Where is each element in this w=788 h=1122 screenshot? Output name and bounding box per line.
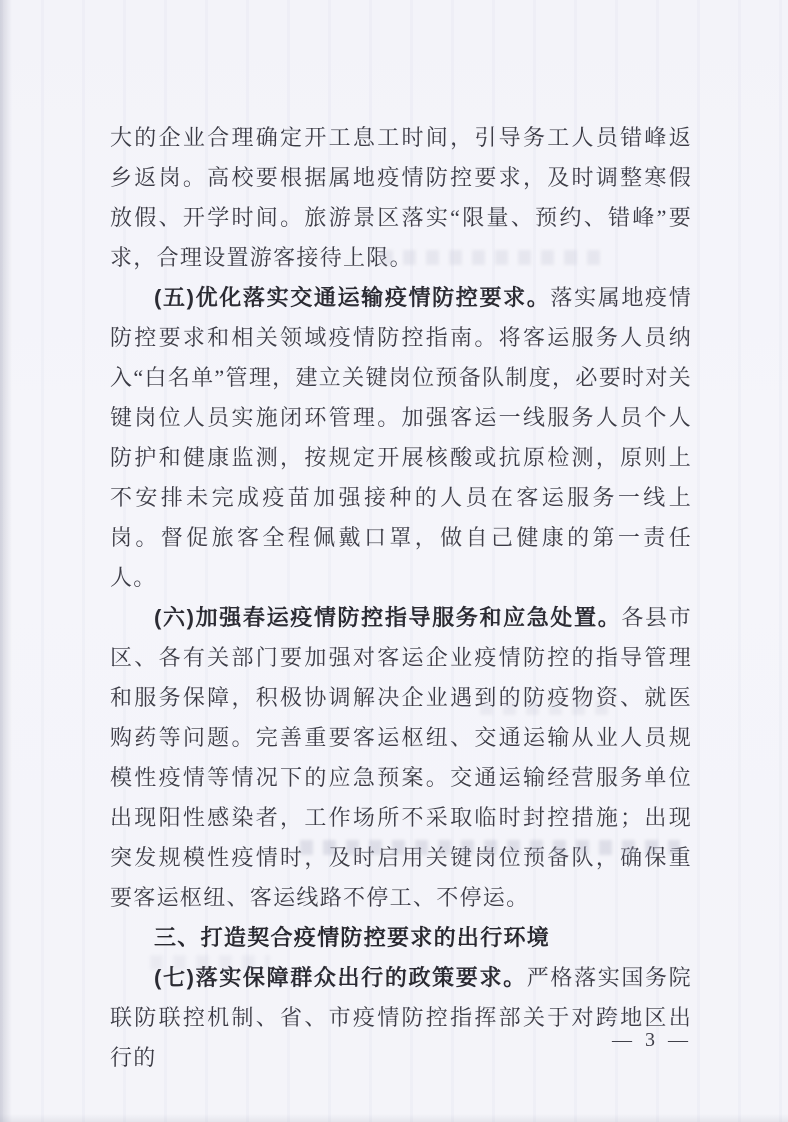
paragraph-text: 大的企业合理确定开工息工时间，引导务工人员错峰返乡返岗。高校要根据属地疫情防控要… (110, 125, 692, 270)
paragraph-lead-bold: (五)优化落实交通运输疫情防控要求。 (154, 285, 550, 310)
paragraph-item-7: (七)落实保障群众出行的政策要求。严格落实国务院联防联控机制、省、市疫情防控指挥… (110, 958, 692, 1078)
document-body: 大的企业合理确定开工息工时间，引导务工人员错峰返乡返岗。高校要根据属地疫情防控要… (110, 118, 692, 1078)
paragraph-item-6: (六)加强春运疫情防控指导服务和应急处置。各县市区、各有关部门要加强对客运企业疫… (110, 598, 692, 918)
scanned-document-page: 大的企业合理确定开工息工时间，引导务工人员错峰返乡返岗。高校要根据属地疫情防控要… (0, 0, 788, 1122)
paragraph-lead-bold: (七)落实保障群众出行的政策要求。 (154, 965, 527, 990)
section-heading: 三、打造契合疫情防控要求的出行环境 (110, 918, 692, 958)
paragraph-text: 各县市区、各有关部门要加强对客运企业疫情防控的指导管理和服务保障，积极协调解决企… (110, 605, 692, 910)
paragraph-continuation: 大的企业合理确定开工息工时间，引导务工人员错峰返乡返岗。高校要根据属地疫情防控要… (110, 118, 692, 278)
page-number: — 3 — (612, 1029, 692, 1052)
paragraph-item-5: (五)优化落实交通运输疫情防控要求。落实属地疫情防控要求和相关领域疫情防控指南。… (110, 278, 692, 598)
paragraph-lead-bold: (六)加强春运疫情防控指导服务和应急处置。 (154, 605, 621, 630)
scan-edge-shadow-left (0, 0, 12, 1122)
paragraph-text: 落实属地疫情防控要求和相关领域疫情防控指南。将客运服务人员纳入“白名单”管理，建… (110, 285, 692, 590)
scan-edge-shadow-bottom (0, 1114, 788, 1122)
